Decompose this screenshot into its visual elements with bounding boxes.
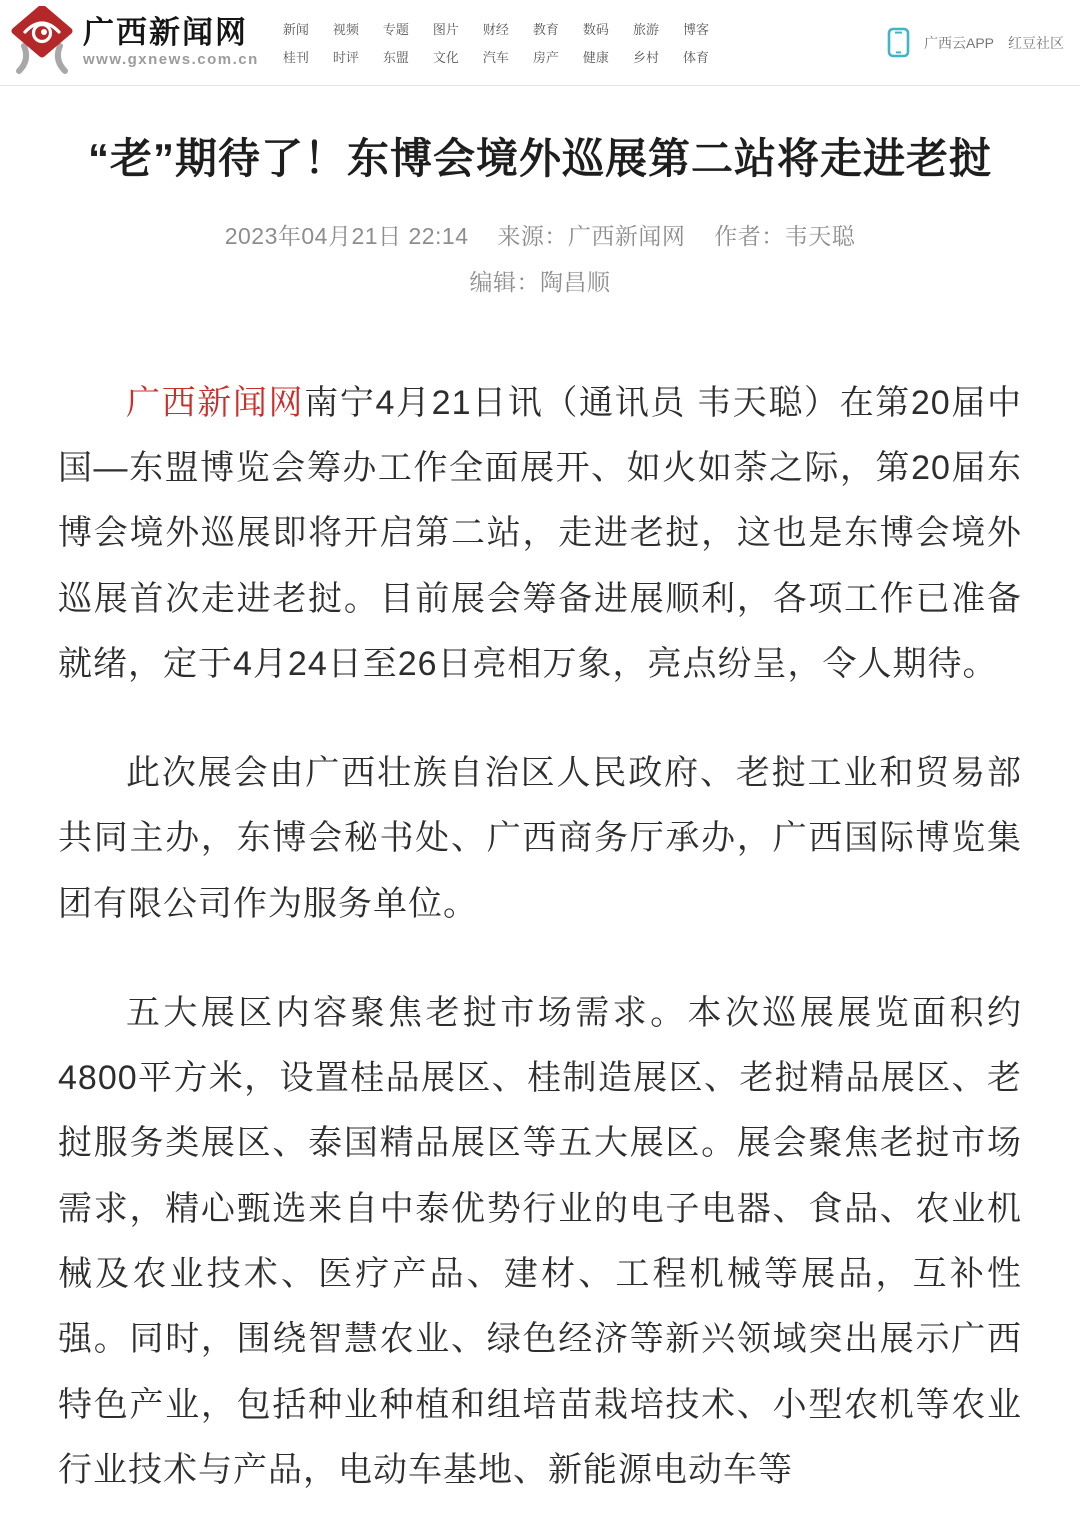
nav-item-travel[interactable]: 旅游 [633,19,659,38]
paragraph-1: 广西新闻网南宁4月21日讯（通讯员 韦天聪）在第20届中国—东盟博览会筹办工作全… [58,371,1022,697]
nav-item-topics[interactable]: 专题 [383,19,409,38]
nav-item-auto[interactable]: 汽车 [483,47,509,66]
paragraph-3: 五大展区内容聚焦老挝市场需求。本次巡展展览面积约4800平方米，设置桂品展区、桂… [58,981,1022,1503]
site-header: 广西新闻网 www.gxnews.com.cn 新闻 桂刊 视频 时评 专题 东… [0,0,1080,86]
nav-item-sports[interactable]: 体育 [683,47,709,66]
paragraph-1-text: 南宁4月21日讯（通讯员 韦天聪）在第20届中国—东盟博览会筹办工作全面展开、如… [58,384,1022,683]
gxcloud-app-link[interactable]: 广西云APP [924,33,994,53]
site-logo[interactable]: 广西新闻网 www.gxnews.com.cn [10,6,259,79]
paragraph-1-source-lead[interactable]: 广西新闻网 [126,384,304,422]
paragraph-3-text: 五大展区内容聚焦老挝市场需求。本次巡展展览面积约4800平方米，设置桂品展区、桂… [58,994,1022,1489]
nav-item-pictures[interactable]: 图片 [433,19,459,38]
article-source: 来源：广西新闻网 [497,223,685,249]
nav-item-digital[interactable]: 数码 [583,19,609,38]
nav-item-news[interactable]: 新闻 [283,19,309,38]
nav-item-asean[interactable]: 东盟 [383,47,409,66]
main-nav: 新闻 桂刊 视频 时评 专题 东盟 图片 文化 财经 汽车 教育 房产 数码 健… [283,19,709,66]
article-meta-line2: 编辑：陶昌顺 [58,259,1022,305]
nav-item-commentary[interactable]: 时评 [333,47,359,66]
nav-item-property[interactable]: 房产 [533,47,559,66]
paragraph-2: 此次展会由广西壮族自治区人民政府、老挝工业和贸易部共同主办，东博会秘书处、广西商… [58,741,1022,937]
phone-icon [887,27,910,58]
site-name: 广西新闻网 [83,17,259,50]
paragraph-2-text: 此次展会由广西壮族自治区人民政府、老挝工业和贸易部共同主办，东博会秘书处、广西商… [58,754,1022,923]
article-meta-line1: 2023年04月21日 22:14 来源：广西新闻网 作者：韦天聪 [58,213,1022,259]
site-logo-icon [10,6,74,79]
nav-item-education[interactable]: 教育 [533,19,559,38]
nav-item-guikan[interactable]: 桂刊 [283,47,309,66]
nav-item-culture[interactable]: 文化 [433,47,459,66]
nav-item-blog[interactable]: 博客 [683,19,709,38]
article-author: 作者：韦天聪 [714,223,855,249]
site-url: www.gxnews.com.cn [83,52,259,68]
nav-item-health[interactable]: 健康 [583,47,609,66]
nav-item-finance[interactable]: 财经 [483,19,509,38]
article-meta: 2023年04月21日 22:14 来源：广西新闻网 作者：韦天聪 编辑：陶昌顺 [58,213,1022,305]
article-editor: 编辑：陶昌顺 [470,269,611,295]
hongdou-community-link[interactable]: 红豆社区 [1008,33,1064,53]
article-body: 广西新闻网南宁4月21日讯（通讯员 韦天聪）在第20届中国—东盟博览会筹办工作全… [58,371,1022,1503]
publish-datetime: 2023年04月21日 22:14 [225,223,469,249]
nav-item-rural[interactable]: 乡村 [633,47,659,66]
nav-item-video[interactable]: 视频 [333,19,359,38]
header-right: 广西云APP 红豆社区 [887,27,1064,58]
article-title: “老”期待了！东博会境外巡展第二站将走进老挝 [58,130,1022,189]
article: “老”期待了！东博会境外巡展第二站将走进老挝 2023年04月21日 22:14… [0,86,1080,1503]
